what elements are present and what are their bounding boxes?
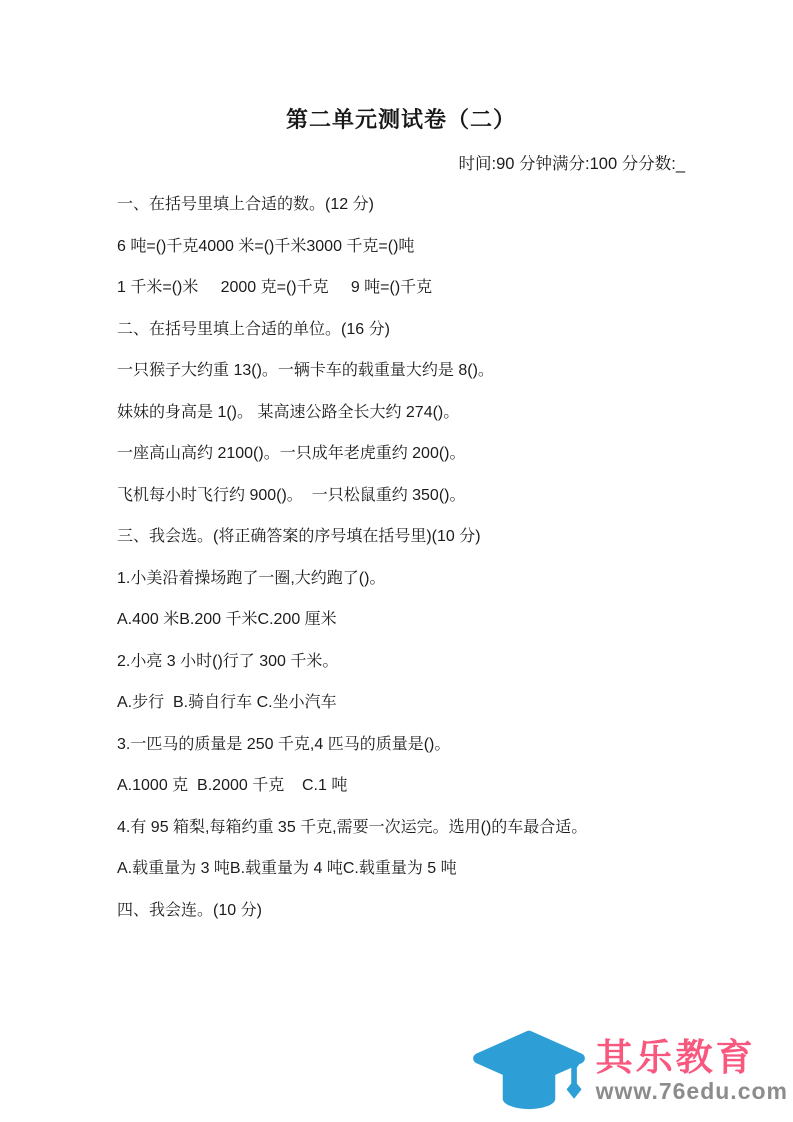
text-line: 2.小亮 3 小时()行了 300 千米。 xyxy=(117,641,685,683)
text-line: 1 千米=()米 2000 克=()千克 9 吨=()千克 xyxy=(117,267,685,309)
brand-name: 其乐教育 xyxy=(596,1039,756,1078)
site-logo: 其乐教育 www.76edu.com xyxy=(468,1027,788,1117)
exam-meta-line: 时间:90 分钟满分:100 分分数:_ xyxy=(117,152,685,176)
text-line: 二、在括号里填上合适的单位。(16 分) xyxy=(117,309,685,351)
text-line: 四、我会连。(10 分) xyxy=(117,890,685,932)
text-line: A.400 米B.200 千米C.200 厘米 xyxy=(117,599,685,641)
text-line: 三、我会选。(将正确答案的序号填在括号里)(10 分) xyxy=(117,516,685,558)
test-paper-page: 第二单元测试卷（二） 时间:90 分钟满分:100 分分数:_ 一、在括号里填上… xyxy=(0,0,793,1122)
text-line: 一座高山高约 2100()。一只成年老虎重约 200()。 xyxy=(117,433,685,475)
text-line: A.1000 克 B.2000 千克 C.1 吨 xyxy=(117,765,685,807)
paper-content: 第二单元测试卷（二） 时间:90 分钟满分:100 分分数:_ 一、在括号里填上… xyxy=(0,0,793,931)
logo-text-block: 其乐教育 www.76edu.com xyxy=(596,1039,788,1104)
text-line: 一只猴子大约重 13()。一辆卡车的载重量大约是 8()。 xyxy=(117,350,685,392)
text-line: 1.小美沿着操场跑了一圈,大约跑了()。 xyxy=(117,558,685,600)
text-line: 飞机每小时飞行约 900()。 一只松鼠重约 350()。 xyxy=(117,475,685,517)
graduation-cap-icon xyxy=(468,1027,590,1117)
page-title: 第二单元测试卷（二） xyxy=(117,104,685,136)
text-line: 3.一匹马的质量是 250 千克,4 匹马的质量是()。 xyxy=(117,724,685,766)
text-line: A.载重量为 3 吨B.载重量为 4 吨C.载重量为 5 吨 xyxy=(117,848,685,890)
text-line: 4.有 95 箱梨,每箱约重 35 千克,需要一次运完。选用()的车最合适。 xyxy=(117,807,685,849)
text-line: A.步行 B.骑自行车 C.坐小汽车 xyxy=(117,682,685,724)
text-line: 6 吨=()千克4000 米=()千米3000 千克=()吨 xyxy=(117,226,685,268)
text-line: 妹妹的身高是 1()。 某高速公路全长大约 274()。 xyxy=(117,392,685,434)
text-line: 一、在括号里填上合适的数。(12 分) xyxy=(117,184,685,226)
question-lines: 一、在括号里填上合适的数。(12 分)6 吨=()千克4000 米=()千米30… xyxy=(117,184,685,931)
brand-url: www.76edu.com xyxy=(596,1079,788,1104)
